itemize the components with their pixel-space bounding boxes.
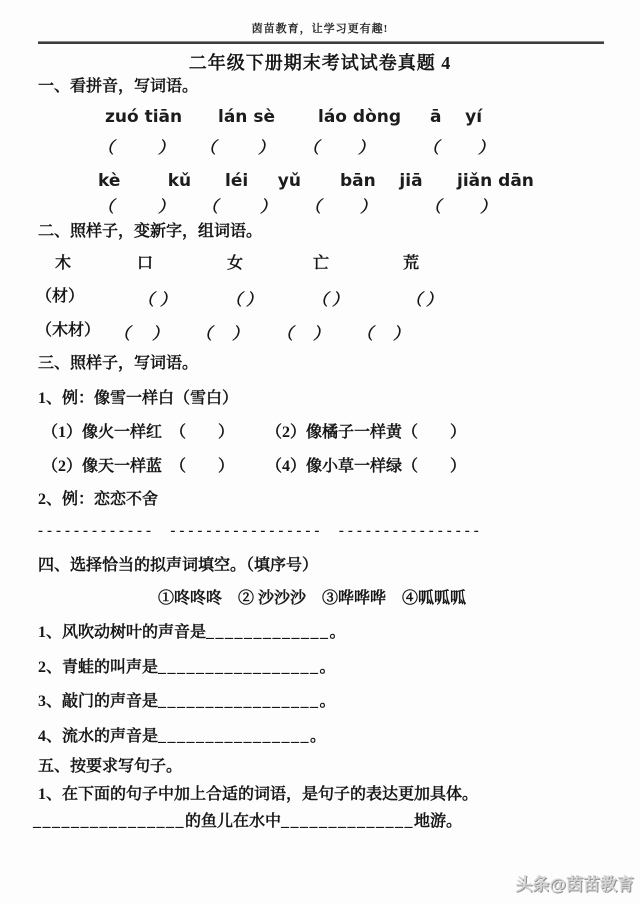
close-paren: ） (360, 194, 376, 217)
section3-item: （2）像橘子一样黄（ ） (266, 423, 466, 443)
close-paren: ） (158, 194, 174, 217)
open-paren: （ (114, 321, 130, 344)
answer-blank: ______________ (281, 813, 414, 830)
pinyin-word: kè kǔ (98, 171, 191, 191)
base-char: 荒 (403, 254, 419, 274)
answer-parens: （） (406, 287, 442, 310)
close-paren: ） (260, 194, 276, 217)
open-paren: （ (406, 287, 422, 310)
section4-item: 1、风吹动树叶的声音是_____________。 (38, 623, 346, 643)
example-new-char: （材） (36, 287, 84, 307)
section5-line2: ________________的鱼儿在水中______________地游。 (33, 812, 462, 832)
close-paren: ） (426, 287, 442, 310)
open-paren: （ (357, 321, 373, 344)
answer-parens: （） (425, 194, 496, 217)
line-text: 地游。 (414, 813, 462, 830)
example-new-word: （木材） (36, 321, 100, 341)
line-text: 的鱼儿在水中 (185, 813, 281, 830)
watermark: 头条@茵苗教育 (515, 870, 634, 895)
answer-parens: （） (305, 194, 376, 217)
answer-parens: （） (202, 194, 276, 217)
open-paren: （ (200, 135, 216, 158)
section1-heading: 一、看拼音，写词语。 (38, 77, 198, 97)
base-char: 木 (55, 254, 71, 274)
item-period: 。 (310, 728, 326, 745)
answer-parens: （） (357, 321, 409, 344)
section3-item: （4）像小草一样绿（ ） (266, 457, 466, 477)
answer-blank: ________________ (33, 813, 185, 830)
pinyin-word: ā yí (430, 107, 482, 127)
section3-item: （2）像天一样蓝 （ ） (42, 457, 234, 477)
section4-item: 3、敲门的声音是_________________。 (38, 692, 336, 712)
answer-parens: （） (277, 321, 329, 344)
base-char: 女 (227, 254, 243, 274)
answer-dash-line: ------------- ----------------- --------… (38, 523, 483, 540)
item-period: 。 (330, 624, 346, 641)
open-paren: （ (425, 194, 441, 217)
item-text: 3、敲门的声音是 (38, 693, 158, 710)
close-paren: ） (393, 321, 409, 344)
pinyin-word: bān jiā (340, 171, 423, 191)
pinyin-word: láo dòng (318, 107, 401, 127)
open-paren: （ (226, 287, 242, 310)
base-char: 口 (137, 254, 153, 274)
close-paren: ） (480, 194, 496, 217)
close-paren: ） (313, 321, 329, 344)
open-paren: （ (202, 194, 218, 217)
answer-parens: （） (98, 194, 174, 217)
pinyin-word: léi yǔ (225, 171, 301, 191)
close-paren: ） (232, 321, 248, 344)
answer-parens: （） (226, 287, 262, 310)
close-paren: ） (246, 287, 262, 310)
answer-blank: ________________ (158, 728, 310, 745)
section3-example2: 2、例：恋恋不舍 (38, 490, 158, 510)
pinyin-word: lán sè (218, 107, 275, 127)
answer-blank: _________________ (158, 693, 320, 710)
pinyin-word: jiǎn dān (457, 171, 534, 191)
open-paren: （ (312, 287, 328, 310)
answer-parens: （） (423, 135, 494, 158)
close-paren: ） (478, 135, 494, 158)
item-text: 1、风吹动树叶的声音是 (38, 624, 206, 641)
exam-paper-page: 茵苗教育，让学习更有趣! 二年级下册期末考试试卷真题 4 一、看拼音，写词语。 … (0, 0, 640, 905)
open-paren: （ (138, 287, 154, 310)
pinyin-word: zuó tiān (105, 107, 182, 127)
close-paren: ） (358, 135, 374, 158)
answer-parens: （） (200, 135, 274, 158)
base-char: 亡 (313, 254, 329, 274)
open-paren: （ (98, 135, 114, 158)
answer-parens: （） (196, 321, 248, 344)
open-paren: （ (303, 135, 319, 158)
close-paren: ） (258, 135, 274, 158)
item-text: 4、流水的声音是 (38, 728, 158, 745)
close-paren: ） (332, 287, 348, 310)
item-text: 2、青蛙的叫声是 (38, 659, 158, 676)
answer-blank: _________________ (158, 659, 320, 676)
section3-item: （1）像火一样红 （ ） (42, 423, 234, 443)
open-paren: （ (98, 194, 114, 217)
section3-heading: 三、照样子，写词语。 (38, 354, 198, 374)
open-paren: （ (277, 321, 293, 344)
section5-heading: 五、按要求写句子。 (38, 757, 182, 777)
item-period: 。 (320, 659, 336, 676)
section4-item: 4、流水的声音是________________。 (38, 727, 326, 747)
section5-line1: 1、在下面的句子中加上合适的词语，是句子的表达更加具体。 (38, 785, 478, 805)
open-paren: （ (196, 321, 212, 344)
close-paren: ） (160, 287, 176, 310)
header-slogan: 茵苗教育，让学习更有趣! (0, 20, 640, 36)
section4-item: 2、青蛙的叫声是_________________。 (38, 658, 336, 678)
section3-example1: 1、例：像雪一样白（雪白） (38, 389, 238, 409)
item-period: 。 (320, 693, 336, 710)
section4-heading: 四、选择恰当的拟声词填空。（填序号） (38, 556, 318, 576)
section4-options: ①咚咚咚 ② 沙沙沙 ③哗哗哗 ④呱呱呱 (158, 589, 466, 609)
close-paren: ） (152, 321, 168, 344)
open-paren: （ (423, 135, 439, 158)
close-paren: ） (158, 135, 174, 158)
answer-parens: （） (312, 287, 348, 310)
page-title: 二年级下册期末考试试卷真题 4 (0, 49, 640, 75)
header-divider (38, 41, 604, 44)
answer-blank: _____________ (206, 624, 330, 641)
answer-parens: （） (114, 321, 168, 344)
open-paren: （ (305, 194, 321, 217)
section2-heading: 二、照样子，变新字，组词语。 (38, 222, 262, 242)
answer-parens: （） (303, 135, 374, 158)
answer-parens: （） (98, 135, 174, 158)
answer-parens: （） (138, 287, 176, 310)
